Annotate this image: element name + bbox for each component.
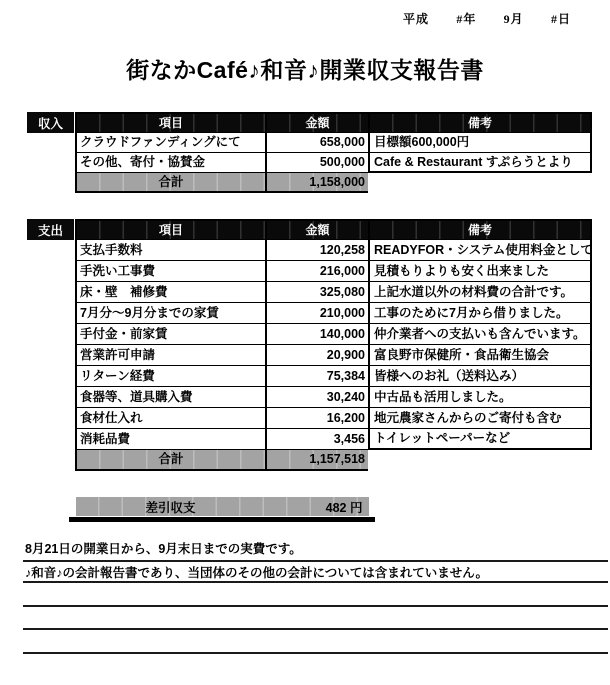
note-cell: 中古品も活用しました。 <box>368 387 592 408</box>
amount-cell: 75,384 <box>265 366 368 387</box>
income-header-row: 項目 金額 備考 <box>75 112 592 133</box>
footnote-period: 8月21日の開業日から、9月末日までの実費です。 <box>25 539 302 557</box>
expense-label: 支出 <box>27 219 74 240</box>
table-row: リターン経費 75,384 皆様へのお礼（送料込み） <box>75 366 592 387</box>
total-amount-cell: 1,157,518 <box>265 450 368 471</box>
item-cell: 食器等、道具購入費 <box>75 387 265 408</box>
balance-row: 差引収支 482 円 <box>69 497 375 522</box>
total-label-cell: 合計 <box>75 450 265 471</box>
amount-cell: 210,000 <box>265 303 368 324</box>
table-row: 食器等、道具購入費 30,240 中古品も活用しました。 <box>75 387 592 408</box>
amount-cell: 30,240 <box>265 387 368 408</box>
table-row: 支払手数料 120,258 READYFOR・システム使用料金として <box>75 240 592 261</box>
expense-header-note: 備考 <box>368 219 592 240</box>
blank-row <box>23 583 608 607</box>
note-cell: 地元農家さんからのご寄付も含む <box>368 408 592 429</box>
expense-section: 支出 項目 金額 備考 支払手数料 120,258 READYFOR・システム使… <box>27 219 592 471</box>
item-cell: 消耗品費 <box>75 429 265 450</box>
amount-cell: 140,000 <box>265 324 368 345</box>
note-cell: 見積もりよりも安く出来ました <box>368 261 592 282</box>
income-section: 収入 項目 金額 備考 クラウドファンディングにて 658,000 目標額600… <box>27 112 592 193</box>
table-row: 食材仕入れ 16,200 地元農家さんからのご寄付も含む <box>75 408 592 429</box>
expense-total-row: 合計 1,157,518 <box>75 450 592 471</box>
note-cell: 富良野市保健所・食品衛生協会 <box>368 345 592 366</box>
item-cell: リターン経費 <box>75 366 265 387</box>
amount-cell: 16,200 <box>265 408 368 429</box>
item-cell: 手付金・前家賃 <box>75 324 265 345</box>
table-row: 消耗品費 3,456 トイレットペーパーなど <box>75 429 592 450</box>
expense-header-item: 項目 <box>75 219 265 240</box>
total-amount-cell: 1,158,000 <box>265 173 368 193</box>
date-line: 平成 #年 9月 #日 <box>403 10 571 27</box>
income-total-row: 合計 1,158,000 <box>75 173 592 193</box>
income-label: 収入 <box>27 112 74 133</box>
note-cell: 皆様へのお礼（送料込み） <box>368 366 592 387</box>
note-cell: 工事のために7月から借りました。 <box>368 303 592 324</box>
item-cell: 床・壁 補修費 <box>75 282 265 303</box>
balance-label: 差引収支 <box>76 498 266 516</box>
income-table: 項目 金額 備考 クラウドファンディングにて 658,000 目標額600,00… <box>75 112 592 193</box>
amount-cell: 20,900 <box>265 345 368 366</box>
item-cell: クラウドファンディングにて <box>75 133 265 153</box>
date-era: 平成 <box>403 10 429 27</box>
blank-row <box>23 630 608 654</box>
footnote-scope: ♪和音♪の会計報告書であり、当団体のその他の会計については含まれていません。 <box>23 560 608 583</box>
total-label-cell: 合計 <box>75 173 265 193</box>
item-cell: 支払手数料 <box>75 240 265 261</box>
table-row: クラウドファンディングにて 658,000 目標額600,000円 <box>75 133 592 153</box>
blank-ruled-rows <box>23 583 608 654</box>
table-row: その他、寄付・協賛金 500,000 Cafe & Restaurant すぷら… <box>75 153 592 173</box>
amount-cell: 658,000 <box>265 133 368 153</box>
income-header-item: 項目 <box>75 112 265 133</box>
note-cell: 目標額600,000円 <box>368 133 592 153</box>
income-header-amount: 金額 <box>265 112 368 133</box>
date-day: #日 <box>551 10 571 27</box>
item-cell: 7月分～9月分までの家賃 <box>75 303 265 324</box>
amount-cell: 3,456 <box>265 429 368 450</box>
amount-cell: 120,258 <box>265 240 368 261</box>
item-cell: 営業許可申請 <box>75 345 265 366</box>
balance-amount: 482 円 <box>266 498 369 516</box>
amount-cell: 325,080 <box>265 282 368 303</box>
table-row: 手付金・前家賃 140,000 仲介業者への支払いも含んでいます。 <box>75 324 592 345</box>
income-header-note: 備考 <box>368 112 592 133</box>
table-row: 手洗い工事費 216,000 見積もりよりも安く出来ました <box>75 261 592 282</box>
note-cell: 仲介業者への支払いも含んでいます。 <box>368 324 592 345</box>
note-cell: Cafe & Restaurant すぷらうとより <box>368 153 592 173</box>
note-cell: トイレットペーパーなど <box>368 429 592 450</box>
date-month: 9月 <box>504 10 524 27</box>
balance-bar: 差引収支 482 円 <box>76 497 369 516</box>
table-row: 7月分～9月分までの家賃 210,000 工事のために7月から借りました。 <box>75 303 592 324</box>
item-cell: その他、寄付・協賛金 <box>75 153 265 173</box>
date-year: #年 <box>456 10 476 27</box>
item-cell: 手洗い工事費 <box>75 261 265 282</box>
table-row: 床・壁 補修費 325,080 上記水道以外の材料費の合計です。 <box>75 282 592 303</box>
item-cell: 食材仕入れ <box>75 408 265 429</box>
expense-header-row: 項目 金額 備考 <box>75 219 592 240</box>
note-cell: READYFOR・システム使用料金として <box>368 240 592 261</box>
note-cell: 上記水道以外の材料費の合計です。 <box>368 282 592 303</box>
expense-table: 項目 金額 備考 支払手数料 120,258 READYFOR・システム使用料金… <box>75 219 592 471</box>
amount-cell: 500,000 <box>265 153 368 173</box>
blank-row <box>23 607 608 631</box>
footnote-scope-text: ♪和音♪の会計報告書であり、当団体のその他の会計については含まれていません。 <box>25 563 488 581</box>
table-row: 営業許可申請 20,900 富良野市保健所・食品衛生協会 <box>75 345 592 366</box>
page-title: 街なかCafé♪和音♪開業収支報告書 <box>0 52 610 85</box>
amount-cell: 216,000 <box>265 261 368 282</box>
expense-header-amount: 金額 <box>265 219 368 240</box>
